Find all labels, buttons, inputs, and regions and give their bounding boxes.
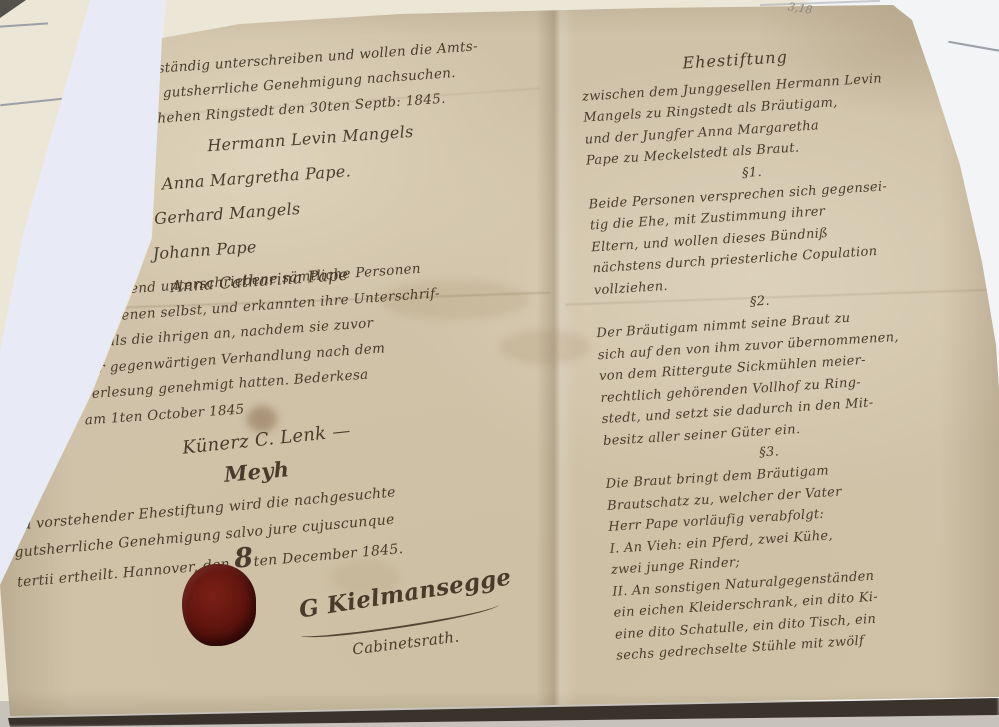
contract-intro: zwischen dem Junggesellen Hermann LevinM… [581,62,986,172]
table-edge-line [948,41,999,53]
section-1-text: Beide Personen versprechen sich gegensei… [588,170,994,302]
table-edge-line [0,22,48,27]
table-corner-shadow [0,0,26,18]
red-wax-seal [182,564,256,646]
section-3-text: Die Braut bringt dem BräutigamBrautschat… [605,450,999,668]
table-edge-line [760,0,880,6]
photograph-of-document: ständig unterschreiben und wollen die Am… [0,0,999,727]
stain [500,330,590,364]
right-page: Ehestiftung zwischen dem Junggesellen He… [580,34,999,667]
section-2-text: Der Bräutigam nimmt seine Braut zusich a… [596,299,999,452]
